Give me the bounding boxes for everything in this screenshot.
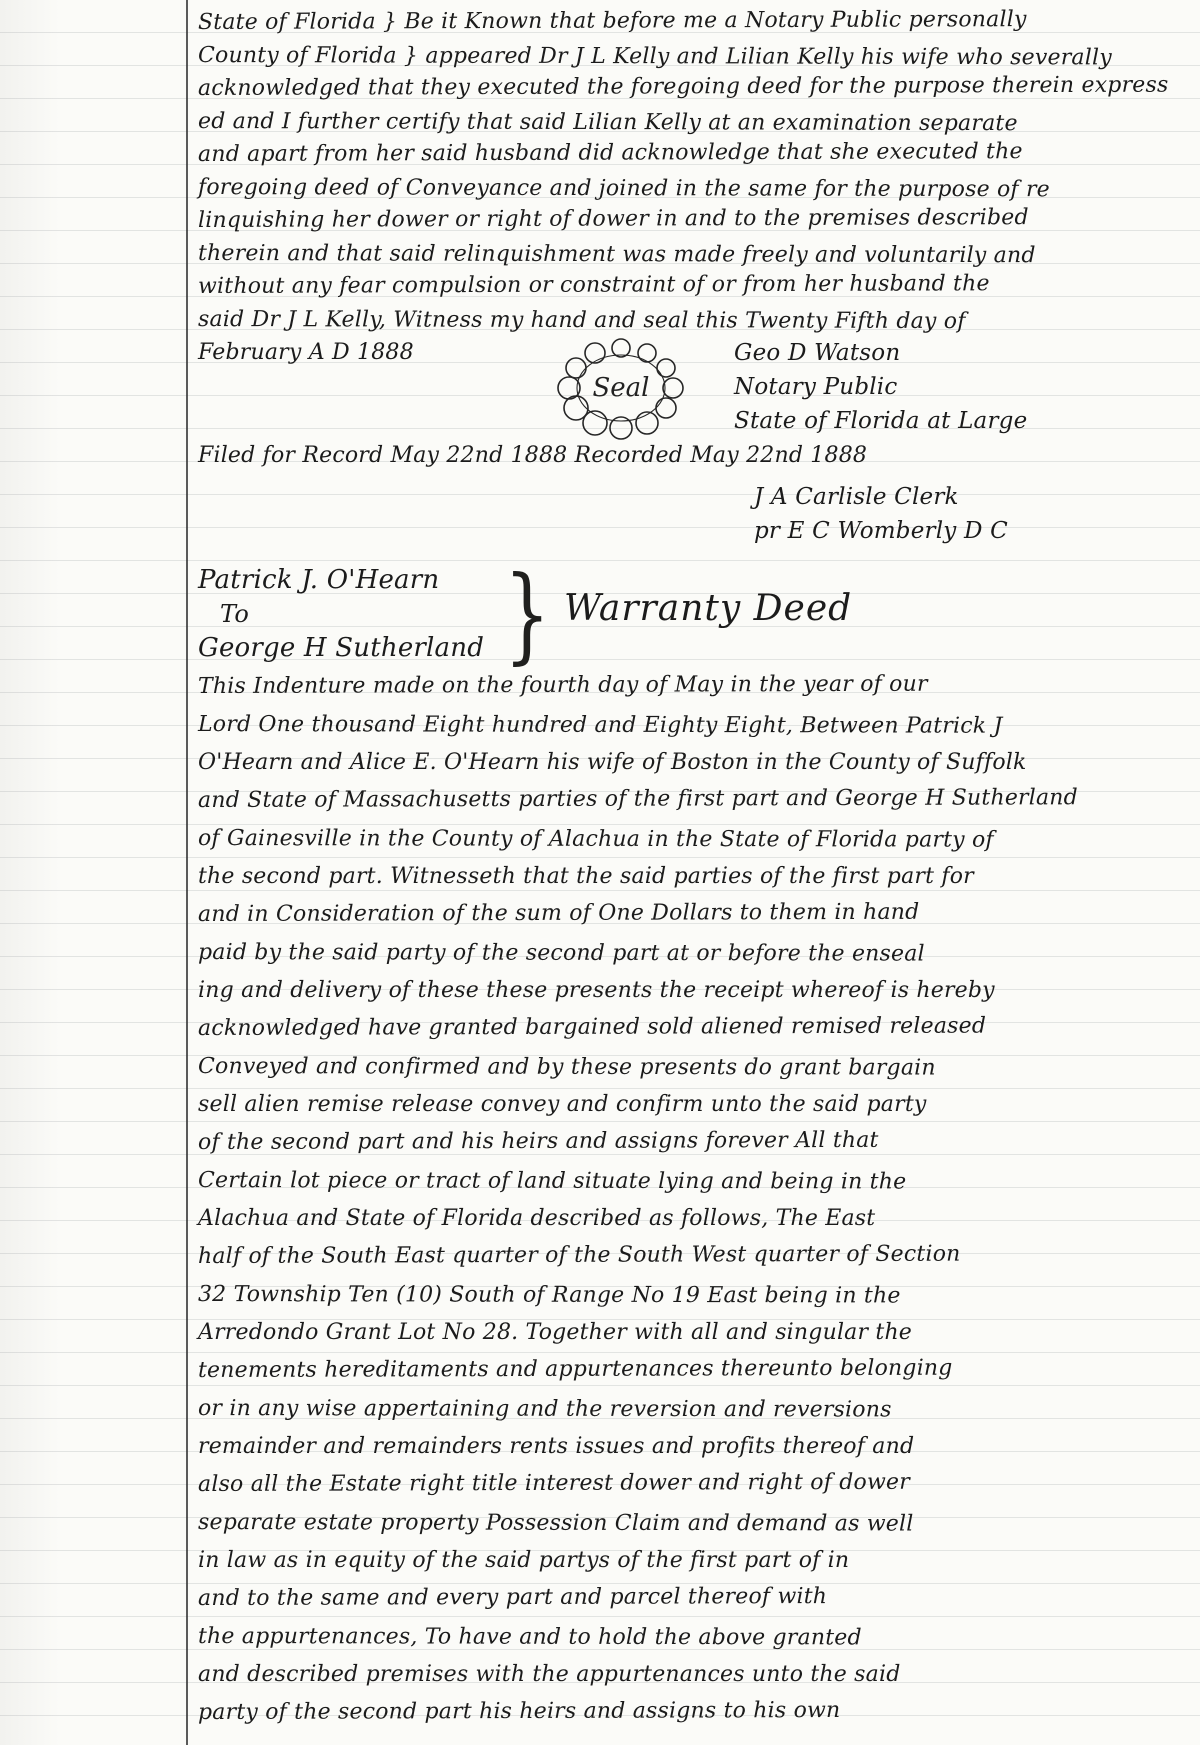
handwritten-text-line: acknowledged that they executed the fore… bbox=[198, 69, 1078, 105]
handwritten-text-line: sell alien remise release convey and con… bbox=[198, 1086, 1078, 1124]
seal-label: Seal bbox=[592, 373, 649, 403]
handwritten-text-line: also all the Estate right title interest… bbox=[198, 1463, 1078, 1504]
deed-title: Warranty Deed bbox=[564, 588, 852, 629]
handwritten-text-line: paid by the said party of the second par… bbox=[198, 934, 1078, 974]
notary-signature-block: Geo D WatsonNotary PublicState of Florid… bbox=[734, 336, 1027, 438]
deputy-clerk-signature: pr E C Womberly D C bbox=[754, 514, 1078, 548]
handwritten-text-line: and State of Massachusetts parties of th… bbox=[198, 779, 1078, 820]
handwritten-text-line: and apart from her said husband did ackn… bbox=[198, 135, 1078, 171]
acknowledgment-section: State of Florida } Be it Known that befo… bbox=[198, 6, 1078, 336]
handwritten-text-line: party of the second part his heirs and a… bbox=[198, 1691, 1078, 1732]
to-label: To bbox=[198, 598, 498, 630]
handwritten-text-line: This Indenture made on the fourth day of… bbox=[198, 665, 1078, 706]
clerk-signature: J A Carlisle Clerk bbox=[754, 480, 1078, 514]
page-content: State of Florida } Be it Known that befo… bbox=[198, 6, 1078, 1732]
handwritten-text-line: tenements hereditaments and appurtenance… bbox=[198, 1349, 1078, 1390]
notary-seal-icon: Seal bbox=[546, 332, 696, 448]
handwritten-text-line: O'Hearn and Alice E. O'Hearn his wife of… bbox=[198, 744, 1078, 782]
deed-caption: Patrick J. O'Hearn To George H Sutherlan… bbox=[198, 562, 1078, 666]
handwritten-text-line: of Gainesville in the County of Alachua … bbox=[198, 820, 1078, 860]
handwritten-text-line: and described premises with the appurten… bbox=[198, 1656, 1078, 1694]
brace-icon: } bbox=[504, 564, 532, 664]
handwritten-text-line: without any fear compulsion or constrain… bbox=[198, 267, 1078, 303]
handwritten-text-line: linquishing her dower or right of dower … bbox=[198, 201, 1078, 237]
deed-parties: Patrick J. O'Hearn To George H Sutherlan… bbox=[198, 562, 498, 666]
handwritten-text-line: Arredondo Grant Lot No 28. Together with… bbox=[198, 1314, 1078, 1352]
handwritten-text-line: the appurtenances, To have and to hold t… bbox=[198, 1618, 1078, 1658]
handwritten-text-line: Lord One thousand Eight hundred and Eigh… bbox=[198, 706, 1078, 746]
handwritten-text-line: Conveyed and confirmed and by these pres… bbox=[198, 1048, 1078, 1088]
handwritten-text-line: in law as in equity of the said partys o… bbox=[198, 1542, 1078, 1580]
clerk-signature-block: J A Carlisle Clerk pr E C Womberly D C bbox=[754, 480, 1078, 548]
grantee-name: George H Sutherland bbox=[198, 630, 498, 666]
acknowledgment-date: February A D 1888 bbox=[198, 340, 414, 365]
handwritten-text-line: the second part. Witnesseth that the sai… bbox=[198, 858, 1078, 896]
notary-signature-line: Notary Public bbox=[734, 370, 1027, 404]
handwritten-text-line: and in Consideration of the sum of One D… bbox=[198, 893, 1078, 934]
seal-signature-row: February A D 1888 bbox=[198, 336, 1078, 438]
handwritten-text-line: acknowledged have granted bargained sold… bbox=[198, 1007, 1078, 1048]
handwritten-text-line: Certain lot piece or tract of land situa… bbox=[198, 1162, 1078, 1202]
grantor-name: Patrick J. O'Hearn bbox=[198, 562, 498, 598]
deed-book-scan-page: State of Florida } Be it Known that befo… bbox=[0, 0, 1200, 1745]
notary-signature-line: Geo D Watson bbox=[734, 336, 1027, 370]
ledger-margin-rule bbox=[186, 0, 188, 1745]
handwritten-text-line: separate estate property Possession Clai… bbox=[198, 1504, 1078, 1544]
handwritten-text-line: ing and delivery of these these presents… bbox=[198, 972, 1078, 1010]
handwritten-text-line: State of Florida } Be it Known that befo… bbox=[198, 3, 1078, 39]
handwritten-text-line: Alachua and State of Florida described a… bbox=[198, 1200, 1078, 1238]
handwritten-text-line: or in any wise appertaining and the reve… bbox=[198, 1390, 1078, 1430]
handwritten-text-line: half of the South East quarter of the So… bbox=[198, 1235, 1078, 1276]
deed-body: This Indenture made on the fourth day of… bbox=[198, 668, 1078, 1732]
handwritten-text-line: 32 Township Ten (10) South of Range No 1… bbox=[198, 1276, 1078, 1316]
handwritten-text-line: remainder and remainders rents issues an… bbox=[198, 1428, 1078, 1466]
handwritten-text-line: of the second part and his heirs and ass… bbox=[198, 1121, 1078, 1162]
notary-signature-line: State of Florida at Large bbox=[734, 404, 1027, 438]
handwritten-text-line: and to the same and every part and parce… bbox=[198, 1577, 1078, 1618]
